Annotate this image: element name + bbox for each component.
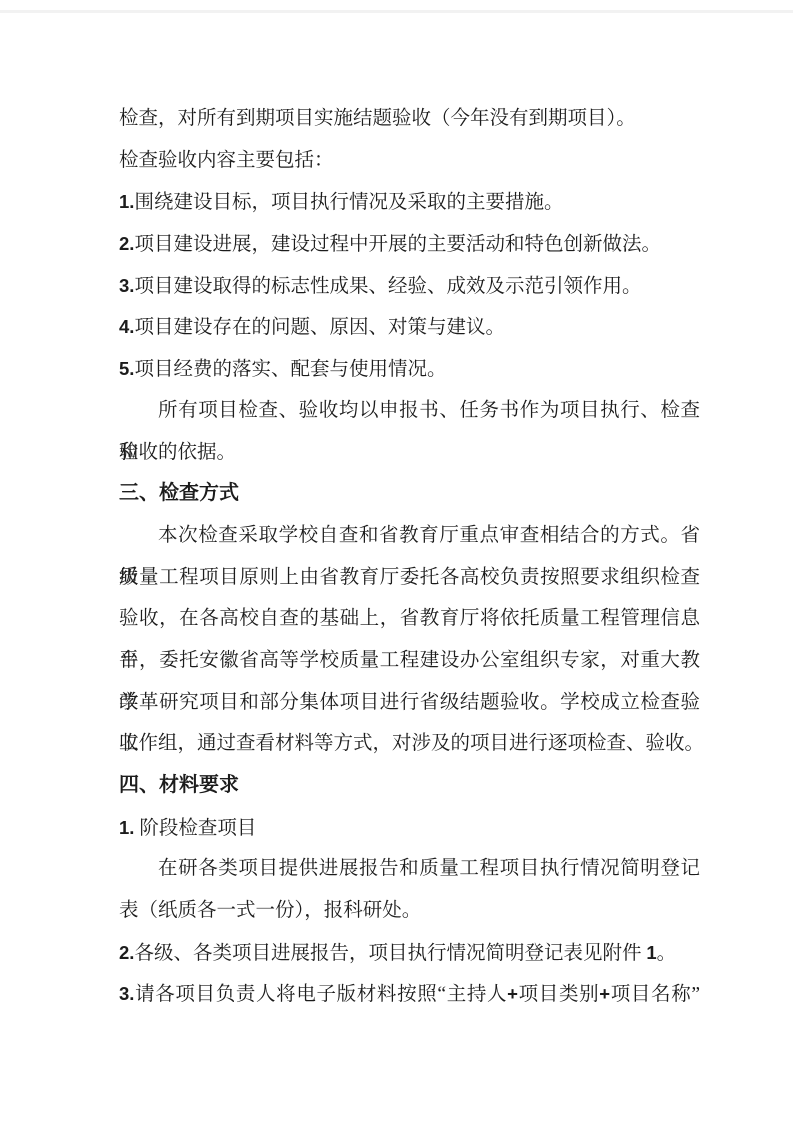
text-line: 验收，在各高校自查的基础上，省教育厅将依托质量工程管理信息平 bbox=[119, 598, 700, 640]
list-item-materials-1: 1. 阶段检查项目 bbox=[119, 807, 700, 849]
list-text: 项目名称” bbox=[610, 984, 700, 1005]
text-line: 检查，对所有到期项目实施结题验收（今年没有到期项目）。 bbox=[119, 98, 700, 140]
text-line: 台，委托安徽省高等学校质量工程建设办公室组织专家，对重大教学 bbox=[119, 640, 700, 682]
list-text: 项目建设存在的问题、原因、对策与建议。 bbox=[134, 317, 505, 338]
list-text: 项目建设取得的标志性成果、经验、成效及示范引领作用。 bbox=[134, 276, 641, 297]
document-content: 检查，对所有到期项目实施结题验收（今年没有到期项目）。 检查验收内容主要包括： … bbox=[119, 98, 700, 1015]
plus-sign: + bbox=[599, 983, 610, 1004]
list-text: 围绕建设目标，项目执行情况及采取的主要措施。 bbox=[134, 192, 563, 213]
list-text: 。 bbox=[657, 943, 677, 964]
plus-sign: + bbox=[507, 983, 518, 1004]
list-item-2: 2.项目建设进展，建设过程中开展的主要活动和特色创新做法。 bbox=[119, 223, 700, 265]
list-item-4: 4.项目建设存在的问题、原因、对策与建议。 bbox=[119, 306, 700, 348]
list-text: 项目经费的落实、配套与使用情况。 bbox=[134, 359, 446, 380]
list-text: 项目类别 bbox=[518, 984, 599, 1005]
text-line: 检查验收内容主要包括： bbox=[119, 140, 700, 182]
list-number: 3. bbox=[119, 275, 134, 296]
section-heading-4: 四、材料要求 bbox=[119, 765, 700, 807]
text-line: 在研各类项目提供进展报告和质量工程项目执行情况简明登记 bbox=[119, 848, 700, 890]
list-item-5: 5.项目经费的落实、配套与使用情况。 bbox=[119, 348, 700, 390]
list-number: 2. bbox=[119, 942, 134, 963]
text-line: 改革研究项目和部分集体项目进行省级结题验收。学校成立检查验收 bbox=[119, 682, 700, 724]
list-number: 1. bbox=[119, 817, 134, 838]
list-number: 4. bbox=[119, 316, 134, 337]
text-line: 工作组，通过查看材料等方式，对涉及的项目进行逐项检查、验收。 bbox=[119, 723, 700, 765]
list-number: 3. bbox=[119, 983, 134, 1004]
text-line: 表（纸质各一式一份），报科研处。 bbox=[119, 890, 700, 932]
list-item-materials-3: 3.请各项目负责人将电子版材料按照“主持人+项目类别+项目名称” bbox=[119, 973, 700, 1015]
list-text: 各级、各类项目进展报告，项目执行情况简明登记表见附件 bbox=[134, 943, 646, 964]
section-heading-3: 三、检查方式 bbox=[119, 473, 700, 515]
list-number: 1. bbox=[119, 191, 134, 212]
attachment-number: 1 bbox=[646, 942, 656, 963]
text-line: 验收的依据。 bbox=[119, 432, 700, 474]
list-number: 5. bbox=[119, 358, 134, 379]
document-page: 检查，对所有到期项目实施结题验收（今年没有到期项目）。 检查验收内容主要包括： … bbox=[0, 0, 793, 1122]
text-line: 本次检查采取学校自查和省教育厅重点审查相结合的方式。省级 bbox=[119, 515, 700, 557]
text-line: 所有项目检查、验收均以申报书、任务书作为项目执行、检查和 bbox=[119, 390, 700, 432]
list-item-1: 1.围绕建设目标，项目执行情况及采取的主要措施。 bbox=[119, 181, 700, 223]
page-top-divider bbox=[0, 10, 793, 13]
list-text: 请各项目负责人将电子版材料按照“主持人 bbox=[134, 984, 507, 1005]
text-line: 质量工程项目原则上由省教育厅委托各高校负责按照要求组织检查 bbox=[119, 557, 700, 599]
list-item-3: 3.项目建设取得的标志性成果、经验、成效及示范引领作用。 bbox=[119, 265, 700, 307]
list-item-materials-2: 2.各级、各类项目进展报告，项目执行情况简明登记表见附件 1。 bbox=[119, 932, 700, 974]
list-text: 阶段检查项目 bbox=[134, 818, 256, 839]
list-text: 项目建设进展，建设过程中开展的主要活动和特色创新做法。 bbox=[134, 234, 661, 255]
list-number: 2. bbox=[119, 233, 134, 254]
